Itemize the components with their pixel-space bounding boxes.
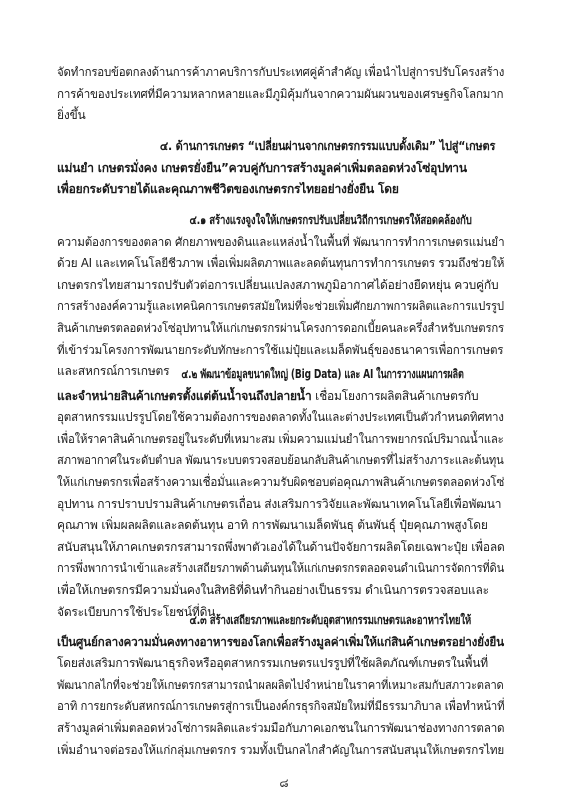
heading-line: เพื่อยกระดับรายได้และคุณภาพชีวิตของเกษตร… <box>57 179 504 201</box>
heading-line: แม่นยำ เกษตรมั่งคง เกษตรยั่งยืน”ควบคู่กั… <box>57 158 504 180</box>
document-page: จัดทำกรอบข้อตกลงด้านการค้าภาคบริการกับปร… <box>0 0 568 808</box>
text-line: เพิ่มอำนาจต่อรองให้แก่กลุ่มเกษตรกร รวมทั… <box>57 740 493 762</box>
text-line: อุปทาน การปราบปรามสินค้าเกษตรเถื่อน ส่งเ… <box>57 494 504 516</box>
section-4-3: ๔.๓ สร้างเสถียรภาพและยกระดับอุตสาหกรรมเก… <box>57 610 504 761</box>
subsection-heading: ๔.๑ สร้างแรงจูงใจให้เกษตรกรปรับเปลี่ยนวิ… <box>57 210 416 232</box>
text-line: การสร้างองค์ความรู้และเทคนิคการเกษตรสมัย… <box>57 296 479 318</box>
text-line: เพื่อให้เกษตรกรมีความมั่นคงในสิทธิที่ดิน… <box>57 580 504 602</box>
text-line: สนับสนุนให้ภาคเกษตรกรสามารถพึ่งพาตัวเองไ… <box>57 537 502 559</box>
subsection-heading: ๔.๓ สร้างเสถียรภาพและยกระดับอุตสาหกรรมเก… <box>57 610 416 632</box>
text-line: ให้แก่เกษตรกรเพื่อสร้างความเชื่อมั่นและค… <box>57 472 490 494</box>
text-line: สภาพอากาศในระดับตำบล พัฒนาระบบตรวจสอบย้อ… <box>57 450 475 472</box>
text-line: ความต้องการของตลาด ศักยภาพของดินและแหล่ง… <box>57 232 490 254</box>
section-4-1: ๔.๑ สร้างแรงจูงใจให้เกษตรกรปรับเปลี่ยนวิ… <box>57 210 504 383</box>
section-4-heading: ๔. ด้านการเกษตร “เปลี่ยนผ่านจากเกษตรกรรม… <box>57 136 504 201</box>
subsection-heading-continued: และจำหน่ายสินค้าเกษตรตั้งแต่ต้นน้ำจนถึงป… <box>57 389 312 403</box>
text-line: การพึ่งพาการนำเข้าและสร้างเสถียรภาพด้านต… <box>57 558 470 580</box>
text-line: เพื่อให้ราคาสินค้าเกษตรอยู่ในระดับที่เหม… <box>57 429 479 451</box>
text-line: และจำหน่ายสินค้าเกษตรตั้งแต่ต้นน้ำจนถึงป… <box>57 386 504 408</box>
page-number: ๘ <box>0 774 568 793</box>
text-line: การค้าของประเทศที่มีความหลากหลายและมีภูม… <box>57 84 488 106</box>
subsection-heading: ๔.๒ พัฒนาข้อมูลขนาดใหญ่ (Big Data) และ A… <box>57 364 394 386</box>
text-line: อาทิ การยกระดับสหกรณ์การเกษตรสู่การเป็นอ… <box>57 696 480 718</box>
text-line: ยิ่งขึ้น <box>57 105 504 127</box>
heading-line: ๔. ด้านการเกษตร “เปลี่ยนผ่านจากเกษตรกรรม… <box>57 136 467 158</box>
text-fragment: เชื่อมโยงการผลิตสินค้าเกษตรกับ <box>312 389 479 403</box>
text-line: จัดทำกรอบข้อตกลงด้านการค้าภาคบริการกับปร… <box>57 62 484 84</box>
text-line: โดยส่งเสริมการพัฒนาธุรกิจหรืออุตสาหกรรมเ… <box>57 653 504 675</box>
text-line: ที่เข้าร่วมโครงการพัฒนายกระดับทักษะการใช… <box>57 340 488 362</box>
text-line: คุณภาพ เพิ่มผลผลิตและลดต้นทุน อาทิ การพั… <box>57 515 504 537</box>
text-line: สินค้าเกษตรตลอดห่วงโซ่อุปทานให้แก่เกษตรก… <box>57 318 479 340</box>
text-line: สร้างมูลค่าเพิ่มตลอดห่วงโซ่การผลิตและร่ว… <box>57 718 491 740</box>
text-line: อุตสาหกรรมแปรรูปโดยใช้ความต้องการของตลาด… <box>57 407 488 429</box>
paragraph-intro-continued: จัดทำกรอบข้อตกลงด้านการค้าภาคบริการกับปร… <box>57 62 504 127</box>
text-line: ด้วย AI และเทคโนโลยีชีวภาพ เพื่อเพิ่มผลิ… <box>57 253 491 275</box>
text-line: เกษตรกรไทยสามารถปรับตัวต่อการเปลี่ยนแปลง… <box>57 275 504 297</box>
text-line: พัฒนากลไกที่จะช่วยให้เกษตรกรสามารถนำผลผล… <box>57 675 471 697</box>
subsection-heading-continued: เป็นศูนย์กลางความมั่นคงทางอาหารของโลกเพื… <box>57 632 494 654</box>
section-4-2: ๔.๒ พัฒนาข้อมูลขนาดใหญ่ (Big Data) และ A… <box>57 364 504 623</box>
